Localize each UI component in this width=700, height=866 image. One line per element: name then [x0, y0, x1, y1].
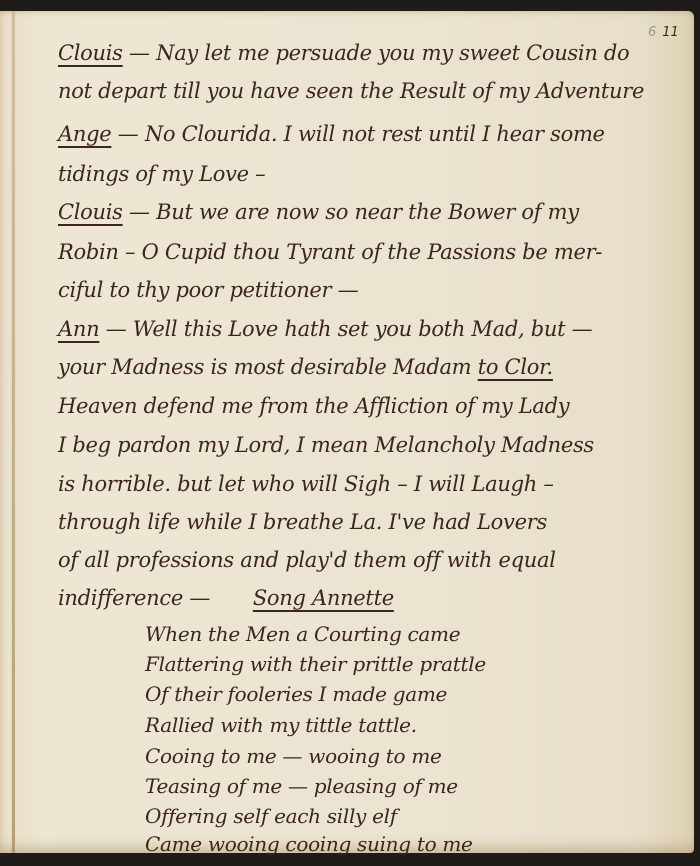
- dialogue-line: Ann — Well this Love hath set you both M…: [58, 317, 592, 341]
- dialogue-line: not depart till you have seen the Result…: [58, 79, 644, 103]
- dialogue-line: your Madness is most desirable Madam to …: [58, 355, 553, 379]
- page-number-ink: 11: [662, 25, 679, 40]
- dialogue-line: I beg pardon my Lord, I mean Melancholy …: [58, 433, 594, 457]
- dialogue-text: of all professions and play'd them off w…: [58, 548, 556, 572]
- speaker-name: Clouis: [58, 41, 123, 65]
- page-number-pencil: 6: [648, 25, 656, 40]
- dialogue-text: — Well this Love hath set you both Mad, …: [106, 317, 593, 341]
- dialogue-line: Robin – O Cupid thou Tyrant of the Passi…: [58, 240, 602, 264]
- page-number: 611: [648, 25, 679, 40]
- song-line: Offering self each silly elf: [145, 804, 397, 828]
- dialogue-line: Clouis — But we are now so near the Bowe…: [58, 200, 579, 224]
- speaker-name: Ann: [58, 317, 99, 341]
- song-line: Flattering with their prittle prattle: [145, 652, 486, 676]
- dialogue-text: I beg pardon my Lord, I mean Melancholy …: [58, 433, 594, 457]
- dialogue-text: — No Clourida. I will not rest until I h…: [118, 122, 605, 146]
- dialogue-text: indifference —: [58, 586, 210, 610]
- dialogue-text: your Madness is most desirable Madam: [58, 355, 471, 379]
- song-line: When the Men a Courting came: [145, 622, 460, 646]
- song-heading: Song Annette: [253, 586, 394, 610]
- dialogue-line: indifference — Song Annette: [58, 586, 394, 610]
- song-line: Teasing of me — pleasing of me: [145, 774, 458, 798]
- dialogue-line: Clouis — Nay let me persuade you my swee…: [58, 41, 629, 65]
- dialogue-line: tidings of my Love –: [58, 162, 265, 186]
- dialogue-text: Heaven defend me from the Affliction of …: [58, 394, 569, 418]
- page-gutter-fold: [12, 11, 15, 853]
- song-line: Cooing to me — wooing to me: [145, 744, 442, 768]
- dialogue-text: — But we are now so near the Bower of my: [129, 200, 579, 224]
- stage-direction-aside: to Clor.: [478, 355, 553, 379]
- dialogue-line: Ange — No Clourida. I will not rest unti…: [58, 122, 605, 146]
- dialogue-line: through life while I breathe La. I've ha…: [58, 510, 547, 534]
- dialogue-text: Robin – O Cupid thou Tyrant of the Passi…: [58, 240, 602, 264]
- dialogue-text: tidings of my Love –: [58, 162, 265, 186]
- dialogue-text: ciful to thy poor petitioner —: [58, 278, 358, 302]
- dialogue-text: is horrible. but let who will Sigh – I w…: [58, 472, 554, 496]
- manuscript-page: 611 Clouis — Nay let me persuade you my …: [0, 11, 694, 853]
- dialogue-line: Heaven defend me from the Affliction of …: [58, 394, 569, 418]
- dialogue-line: is horrible. but let who will Sigh – I w…: [58, 472, 554, 496]
- dialogue-text: not depart till you have seen the Result…: [58, 79, 644, 103]
- song-line: Of their fooleries I made game: [145, 682, 447, 706]
- song-line: Came wooing cooing suing to me: [145, 832, 473, 856]
- dialogue-text: — Nay let me persuade you my sweet Cousi…: [129, 41, 629, 65]
- dialogue-line: of all professions and play'd them off w…: [58, 548, 556, 572]
- dialogue-line: ciful to thy poor petitioner —: [58, 278, 358, 302]
- song-line: Rallied with my tittle tattle.: [145, 713, 417, 737]
- speaker-name: Clouis: [58, 200, 123, 224]
- speaker-name: Ange: [58, 122, 111, 146]
- dialogue-text: through life while I breathe La. I've ha…: [58, 510, 547, 534]
